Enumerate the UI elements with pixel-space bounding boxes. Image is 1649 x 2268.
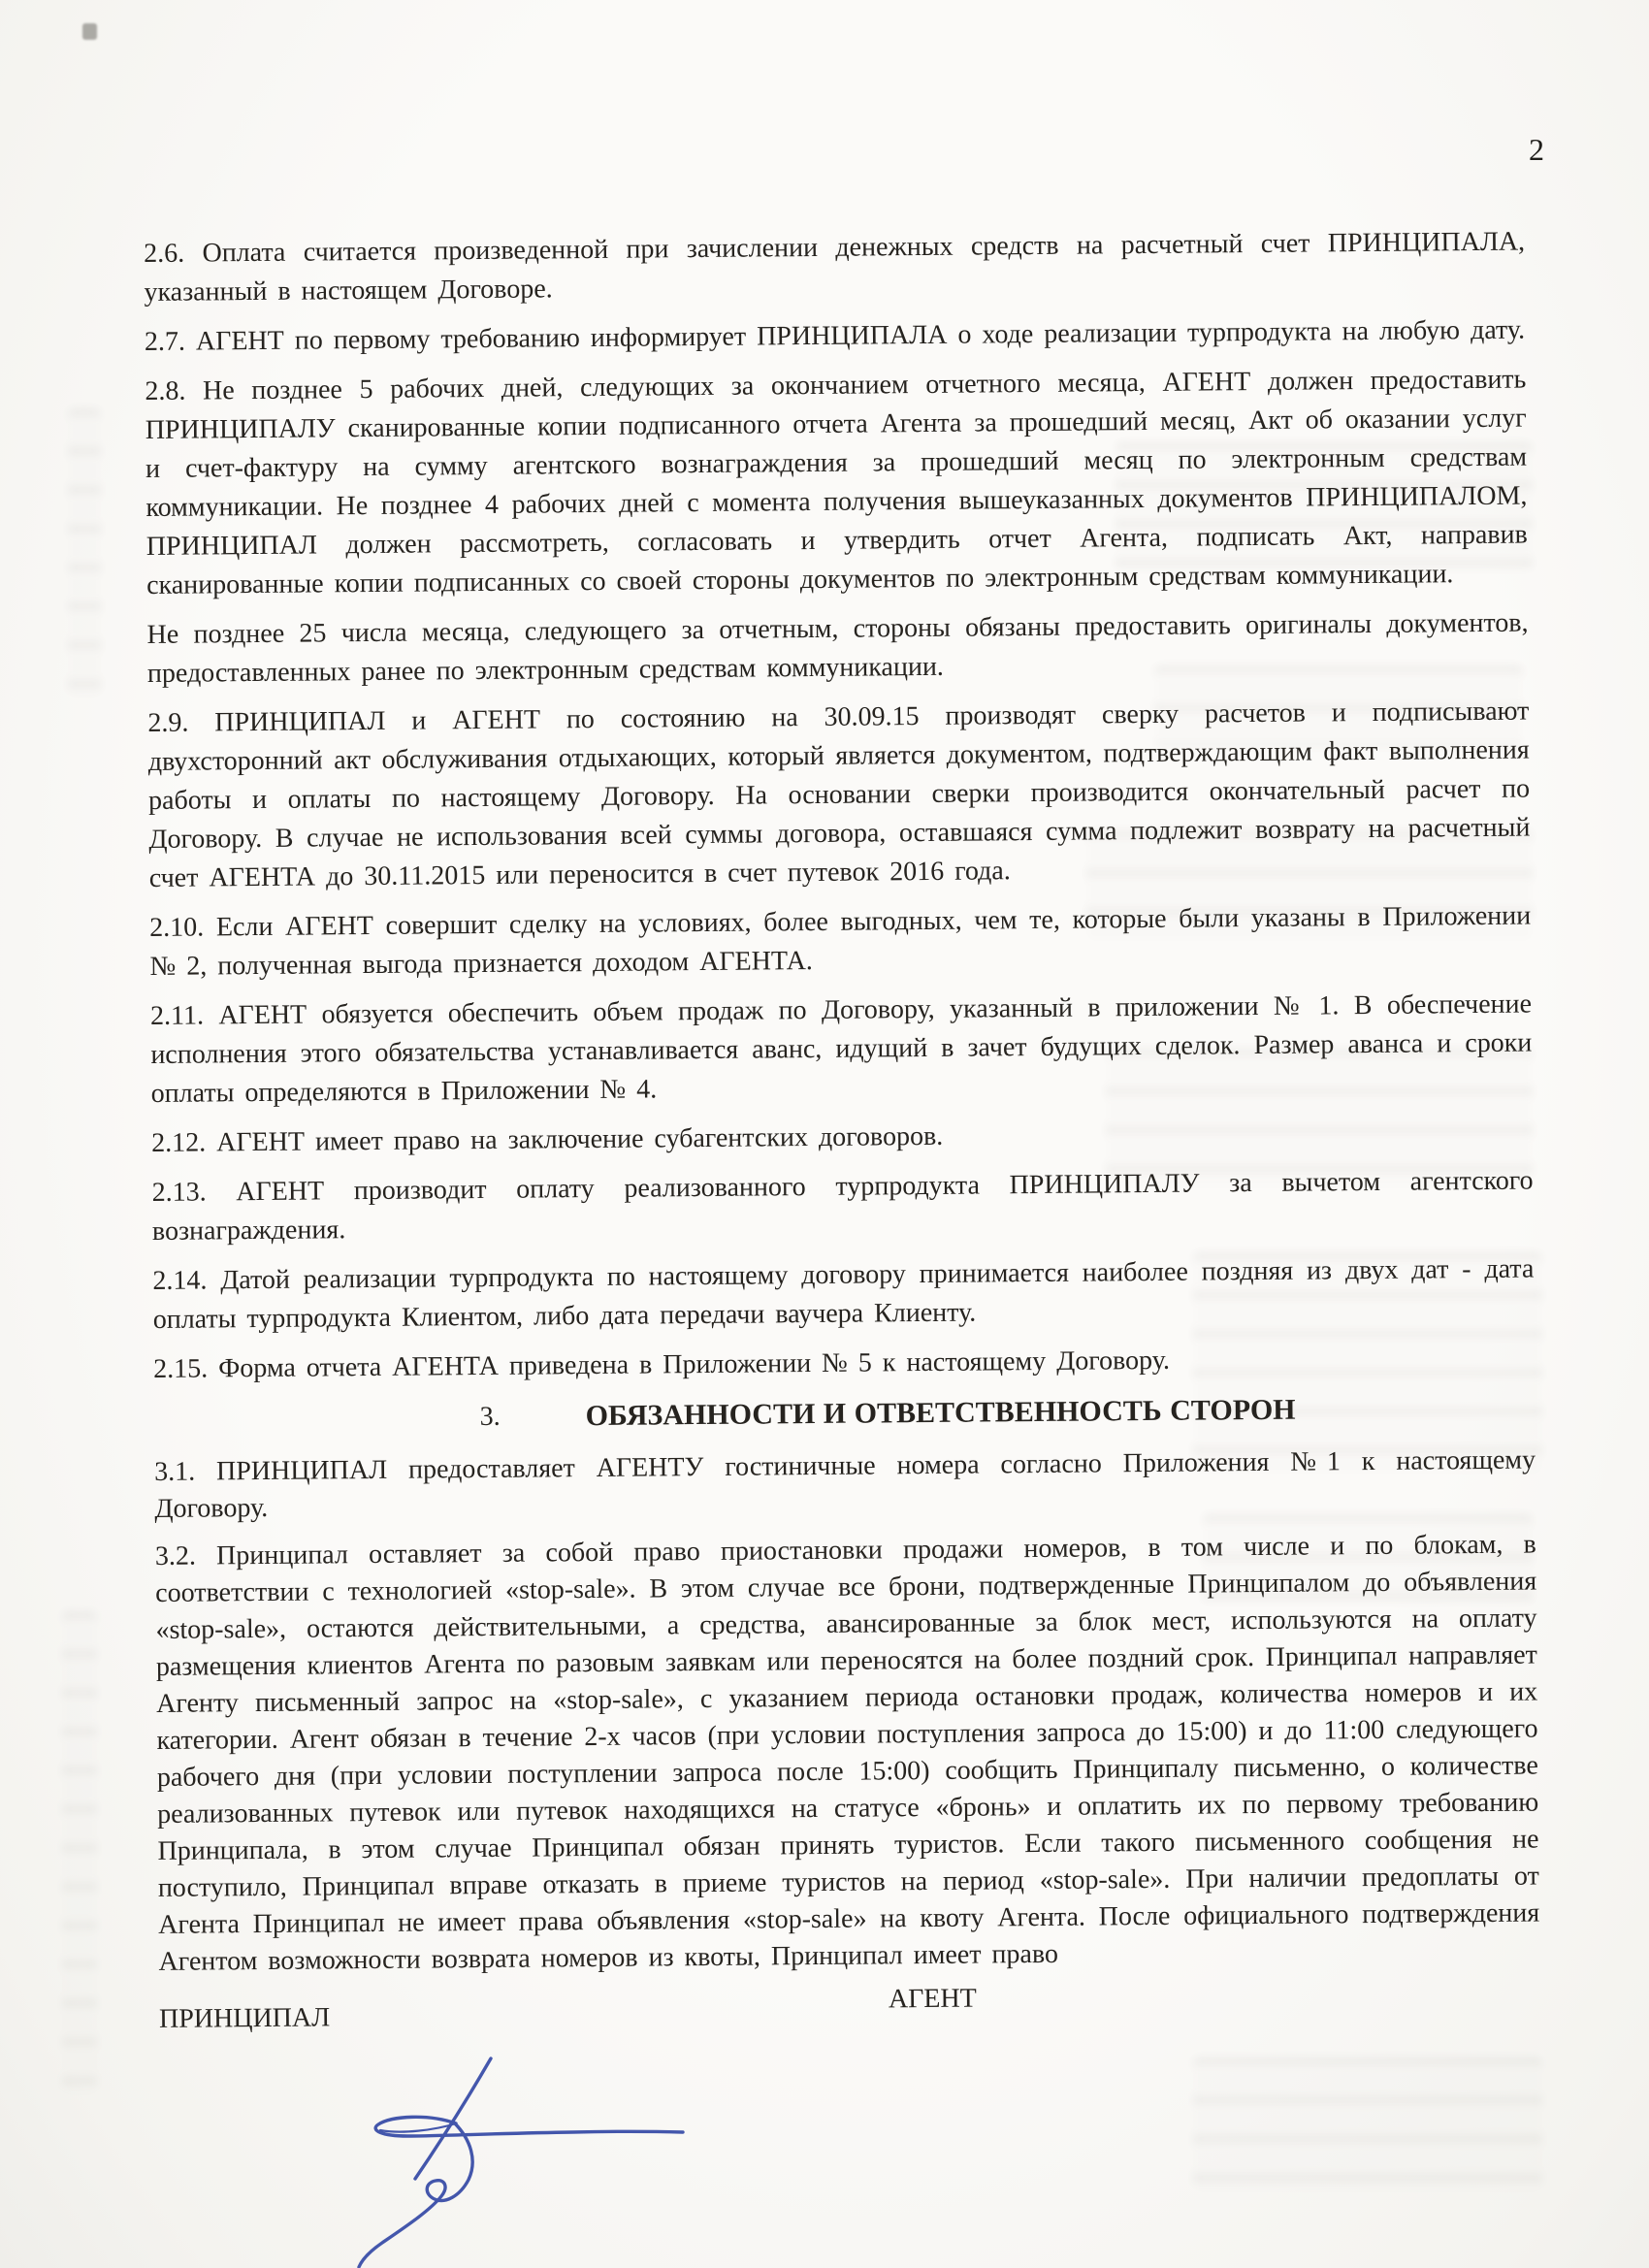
paragraph-2-12: 2.12. АГЕНТ имеет право на заключение су… (151, 1113, 1533, 1163)
paragraph-2-8: 2.8. Не позднее 5 рабочих дней, следующи… (145, 361, 1528, 605)
scan-speck (82, 23, 97, 40)
paragraph-2-10: 2.10. Если АГЕНТ совершит сделку на усло… (149, 897, 1532, 987)
section-3-title: ОБЯЗАННОСТИ И ОТВЕТСТВЕННОСТЬ СТОРОН (585, 1390, 1295, 1437)
footer-agent-label: АГЕНТ (889, 1980, 977, 2020)
paragraph-2-13: 2.13. АГЕНТ производит оплату реализован… (151, 1162, 1534, 1251)
scan-bleed-artifact (62, 1610, 97, 2095)
paragraph-3-1: 3.1. ПРИНЦИПАЛ предоставляет АГЕНТУ гост… (154, 1442, 1536, 1528)
paragraph-2-11: 2.11. АГЕНТ обязуется обеспечить объем п… (150, 986, 1533, 1114)
scan-bleed-artifact (1193, 2057, 1542, 2192)
paragraph-2-14: 2.14. Датой реализации турпродукта по на… (152, 1250, 1535, 1340)
paragraph-2-9: 2.9. ПРИНЦИПАЛ и АГЕНТ по состоянию на 3… (147, 693, 1531, 898)
section-3-number: 3. (479, 1397, 500, 1438)
section-3-heading: 3. ОБЯЗАННОСТИ И ОТВЕТСТВЕННОСТЬ СТОРОН (479, 1388, 1535, 1438)
paragraph-3-2: 3.2. Принципал оставляет за собой право … (155, 1527, 1540, 1981)
contract-text: 2.6. Оплата считается произведенной при … (144, 223, 1540, 2041)
signature-footer: ПРИНЦИПАЛ АГЕНТ (159, 1983, 1540, 2041)
scanned-contract-page: 2 2.6. Оплата считается произведенной пр… (0, 0, 1649, 2268)
page-number: 2 (1529, 132, 1545, 168)
paragraph-2-7: 2.7. АГЕНТ по первому требованию информи… (145, 311, 1526, 362)
paragraph-2-6: 2.6. Оплата считается произведенной при … (144, 223, 1526, 312)
signature-stroke (359, 2058, 683, 2267)
paragraph-2-15: 2.15. Форма отчета АГЕНТА приведена в Пр… (153, 1339, 1535, 1389)
footer-principal-label: ПРИНЦИПАЛ (159, 1998, 330, 2039)
scan-bleed-artifact (68, 407, 101, 698)
paragraph-originals-note: Не позднее 25 числа месяца, следующего з… (146, 604, 1529, 694)
